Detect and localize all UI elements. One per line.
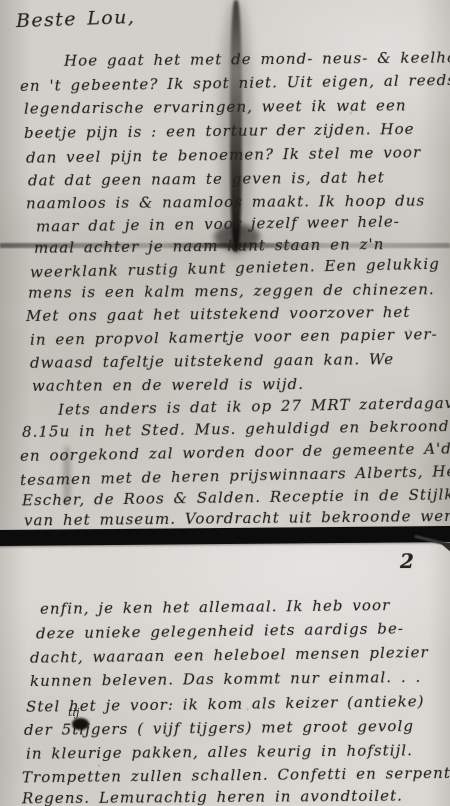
- handwriting-line: maal achter je naam kunt staan en z'n: [34, 235, 385, 257]
- correction-ink-blot: [72, 718, 89, 730]
- handwriting-line: Iets anders is dat ik op 27 MRT zaterdag…: [58, 393, 450, 419]
- handwriting-line: Met ons gaat het uitstekend voorzover he…: [26, 303, 411, 325]
- handwriting-line: enfin, je ken het allemaal. Ik heb voor: [40, 596, 390, 618]
- handwriting-line: wachten en de wereld is wijd.: [32, 375, 304, 395]
- handwriting-line: in kleurige pakken, alles keurig in hofs…: [26, 741, 413, 762]
- handwriting-line: naamloos is & naamloos maakt. Ik hoop du…: [26, 192, 425, 213]
- page-number: 2: [400, 549, 415, 573]
- handwriting-line: dan veel pijn te benoemen? Ik stel me vo…: [26, 143, 421, 167]
- handwriting-line: 8.15u in het Sted. Mus. gehuldigd en bek…: [22, 417, 450, 441]
- handwriting-line: en 't gebeente? Ik spot niet. Uit eigen,…: [20, 71, 450, 95]
- letter-photograph: Beste Lou, Hoe gaat het met de mond- neu…: [0, 0, 450, 806]
- superscript-insertion: tij: [68, 706, 79, 719]
- handwriting-line: tesamen met de heren prijswinnaars Alber…: [20, 461, 450, 489]
- handwriting-line: Escher, de Roos & Salden. Receptie in de…: [22, 485, 450, 510]
- handwriting-line: weerklank rustig kunt genieten. Een gelu…: [30, 255, 440, 282]
- handwriting-line: beetje pijn is : een tortuur der zijden.…: [24, 120, 415, 142]
- handwriting-line: Regens. Lemurachtig heren in avondtoilet…: [22, 787, 403, 806]
- handwriting-line: dwaasd tafeltje uitstekend gaan kan. We: [30, 350, 394, 372]
- handwriting-line: legendarische ervaringen, weet ik wat ee…: [24, 96, 407, 117]
- handwriting-line: maar dat je in en voor jezelf weer hele-: [36, 212, 400, 235]
- handwriting-line: in een propvol kamertje voor een papier …: [30, 325, 438, 349]
- handwriting-line: mens is een kalm mens, zeggen de chineze…: [28, 280, 435, 302]
- handwriting-line: en oorgekond zal worden door de gemeente…: [20, 439, 450, 465]
- handwriting-line: Hoe gaat het met de mond- neus- & keelho…: [64, 48, 450, 70]
- handwriting-line: dat dat geen naam te geven is, dat het: [28, 168, 385, 189]
- salutation: Beste Lou,: [16, 6, 136, 32]
